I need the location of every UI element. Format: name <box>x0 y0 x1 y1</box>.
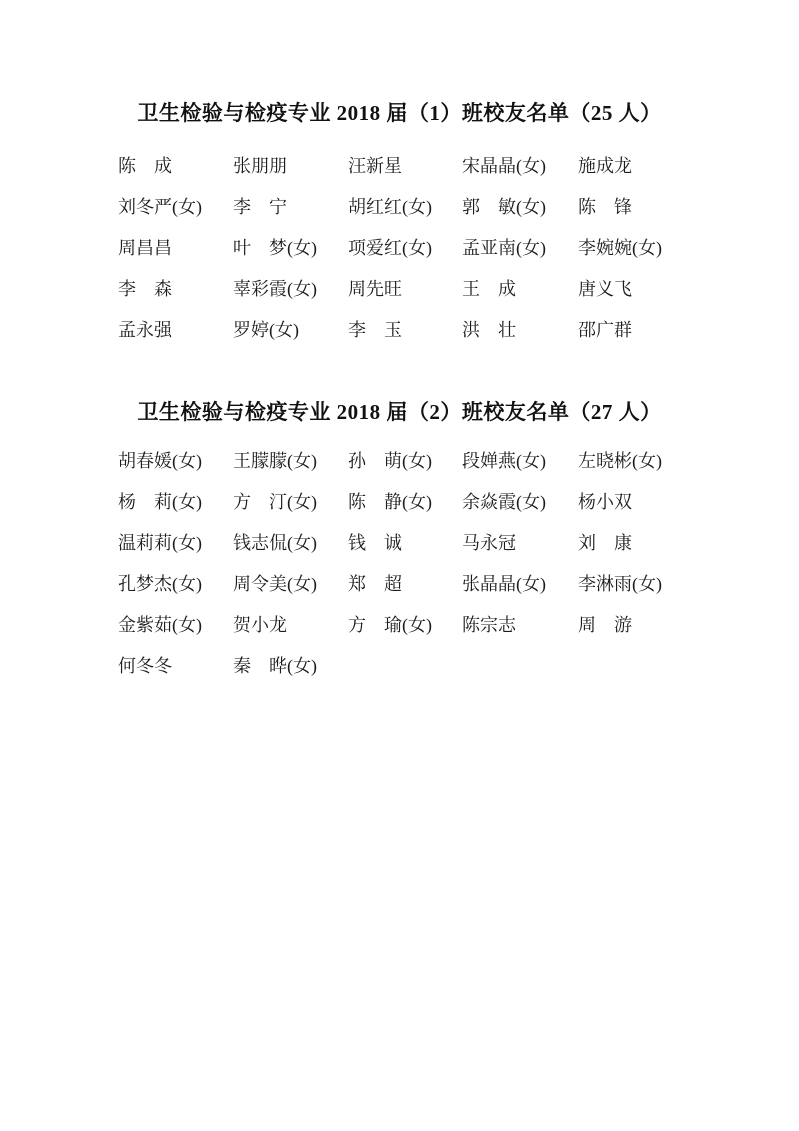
class-1-roster-section: 卫生检验与检疫专业 2018 届（1）班校友名单（25 人） 陈 成张朋朋汪新星… <box>0 0 799 350</box>
name-row: 刘冬严(女)李 宁胡红红(女)郭 敏(女)陈 锋 <box>118 186 799 227</box>
name-cell: 胡红红(女) <box>348 196 462 218</box>
name-cell: 刘 康 <box>578 532 799 554</box>
name-cell: 孟亚南(女) <box>462 237 578 259</box>
name-cell: 罗婷(女) <box>233 319 348 341</box>
name-cell: 李婉婉(女) <box>578 237 799 259</box>
name-cell: 李 森 <box>118 278 233 300</box>
name-cell: 周昌昌 <box>118 237 233 259</box>
name-cell: 洪 壮 <box>462 319 578 341</box>
name-row: 孟永强罗婷(女)李 玉洪 壮邵广群 <box>118 309 799 350</box>
name-cell: 陈宗志 <box>462 614 578 636</box>
name-cell: 陈 静(女) <box>348 491 462 513</box>
name-cell: 辜彩霞(女) <box>233 278 348 300</box>
name-cell: 马永冠 <box>462 532 578 554</box>
name-cell: 温莉莉(女) <box>118 532 233 554</box>
name-cell: 周先旺 <box>348 278 462 300</box>
name-cell: 宋晶晶(女) <box>462 155 578 177</box>
name-cell: 刘冬严(女) <box>118 196 233 218</box>
name-cell: 周 游 <box>578 614 799 636</box>
name-cell: 李 玉 <box>348 319 462 341</box>
name-cell: 段婵燕(女) <box>462 450 578 472</box>
name-cell: 唐义飞 <box>578 278 799 300</box>
document-page: 卫生检验与检疫专业 2018 届（1）班校友名单（25 人） 陈 成张朋朋汪新星… <box>0 0 799 1131</box>
name-cell: 金紫茹(女) <box>118 614 233 636</box>
name-row: 何冬冬秦 晔(女) <box>118 645 799 686</box>
name-cell: 周令美(女) <box>233 573 348 595</box>
class-1-roster-title: 卫生检验与检疫专业 2018 届（1）班校友名单（25 人） <box>0 0 799 127</box>
name-cell: 王朦朦(女) <box>233 450 348 472</box>
name-cell: 何冬冬 <box>118 655 233 677</box>
name-cell: 叶 梦(女) <box>233 237 348 259</box>
name-cell: 方 瑜(女) <box>348 614 462 636</box>
name-row: 金紫茹(女)贺小龙方 瑜(女)陈宗志周 游 <box>118 604 799 645</box>
name-cell: 张朋朋 <box>233 155 348 177</box>
name-cell: 汪新星 <box>348 155 462 177</box>
class-2-roster-title: 卫生检验与检疫专业 2018 届（2）班校友名单（27 人） <box>0 350 799 426</box>
name-row: 胡春媛(女)王朦朦(女)孙 萌(女)段婵燕(女)左晓彬(女) <box>118 440 799 481</box>
name-row: 李 森辜彩霞(女)周先旺王 成唐义飞 <box>118 268 799 309</box>
name-cell: 邵广群 <box>578 319 799 341</box>
name-row: 陈 成张朋朋汪新星宋晶晶(女)施成龙 <box>118 145 799 186</box>
class-1-name-grid: 陈 成张朋朋汪新星宋晶晶(女)施成龙刘冬严(女)李 宁胡红红(女)郭 敏(女)陈… <box>0 145 799 350</box>
name-cell: 余焱霞(女) <box>462 491 578 513</box>
name-row: 孔梦杰(女)周令美(女)郑 超张晶晶(女)李淋雨(女) <box>118 563 799 604</box>
name-cell: 方 汀(女) <box>233 491 348 513</box>
name-cell: 郑 超 <box>348 573 462 595</box>
name-cell: 李 宁 <box>233 196 348 218</box>
name-cell: 陈 成 <box>118 155 233 177</box>
class-2-roster-section: 卫生检验与检疫专业 2018 届（2）班校友名单（27 人） 胡春媛(女)王朦朦… <box>0 350 799 686</box>
name-cell: 秦 晔(女) <box>233 655 348 677</box>
name-cell: 陈 锋 <box>578 196 799 218</box>
name-cell: 贺小龙 <box>233 614 348 636</box>
name-cell: 杨 莉(女) <box>118 491 233 513</box>
name-cell: 施成龙 <box>578 155 799 177</box>
name-cell: 王 成 <box>462 278 578 300</box>
name-cell: 胡春媛(女) <box>118 450 233 472</box>
name-cell: 钱 诚 <box>348 532 462 554</box>
name-cell: 孟永强 <box>118 319 233 341</box>
name-row: 周昌昌叶 梦(女)项爱红(女)孟亚南(女)李婉婉(女) <box>118 227 799 268</box>
name-cell: 郭 敏(女) <box>462 196 578 218</box>
name-cell: 钱志侃(女) <box>233 532 348 554</box>
name-cell: 李淋雨(女) <box>578 573 799 595</box>
name-row: 杨 莉(女)方 汀(女)陈 静(女)余焱霞(女)杨小双 <box>118 481 799 522</box>
name-cell: 项爱红(女) <box>348 237 462 259</box>
name-row: 温莉莉(女)钱志侃(女)钱 诚马永冠刘 康 <box>118 522 799 563</box>
name-cell: 孙 萌(女) <box>348 450 462 472</box>
class-2-name-grid: 胡春媛(女)王朦朦(女)孙 萌(女)段婵燕(女)左晓彬(女)杨 莉(女)方 汀(… <box>0 440 799 686</box>
name-cell: 杨小双 <box>578 491 799 513</box>
name-cell: 张晶晶(女) <box>462 573 578 595</box>
name-cell: 孔梦杰(女) <box>118 573 233 595</box>
name-cell: 左晓彬(女) <box>578 450 799 472</box>
